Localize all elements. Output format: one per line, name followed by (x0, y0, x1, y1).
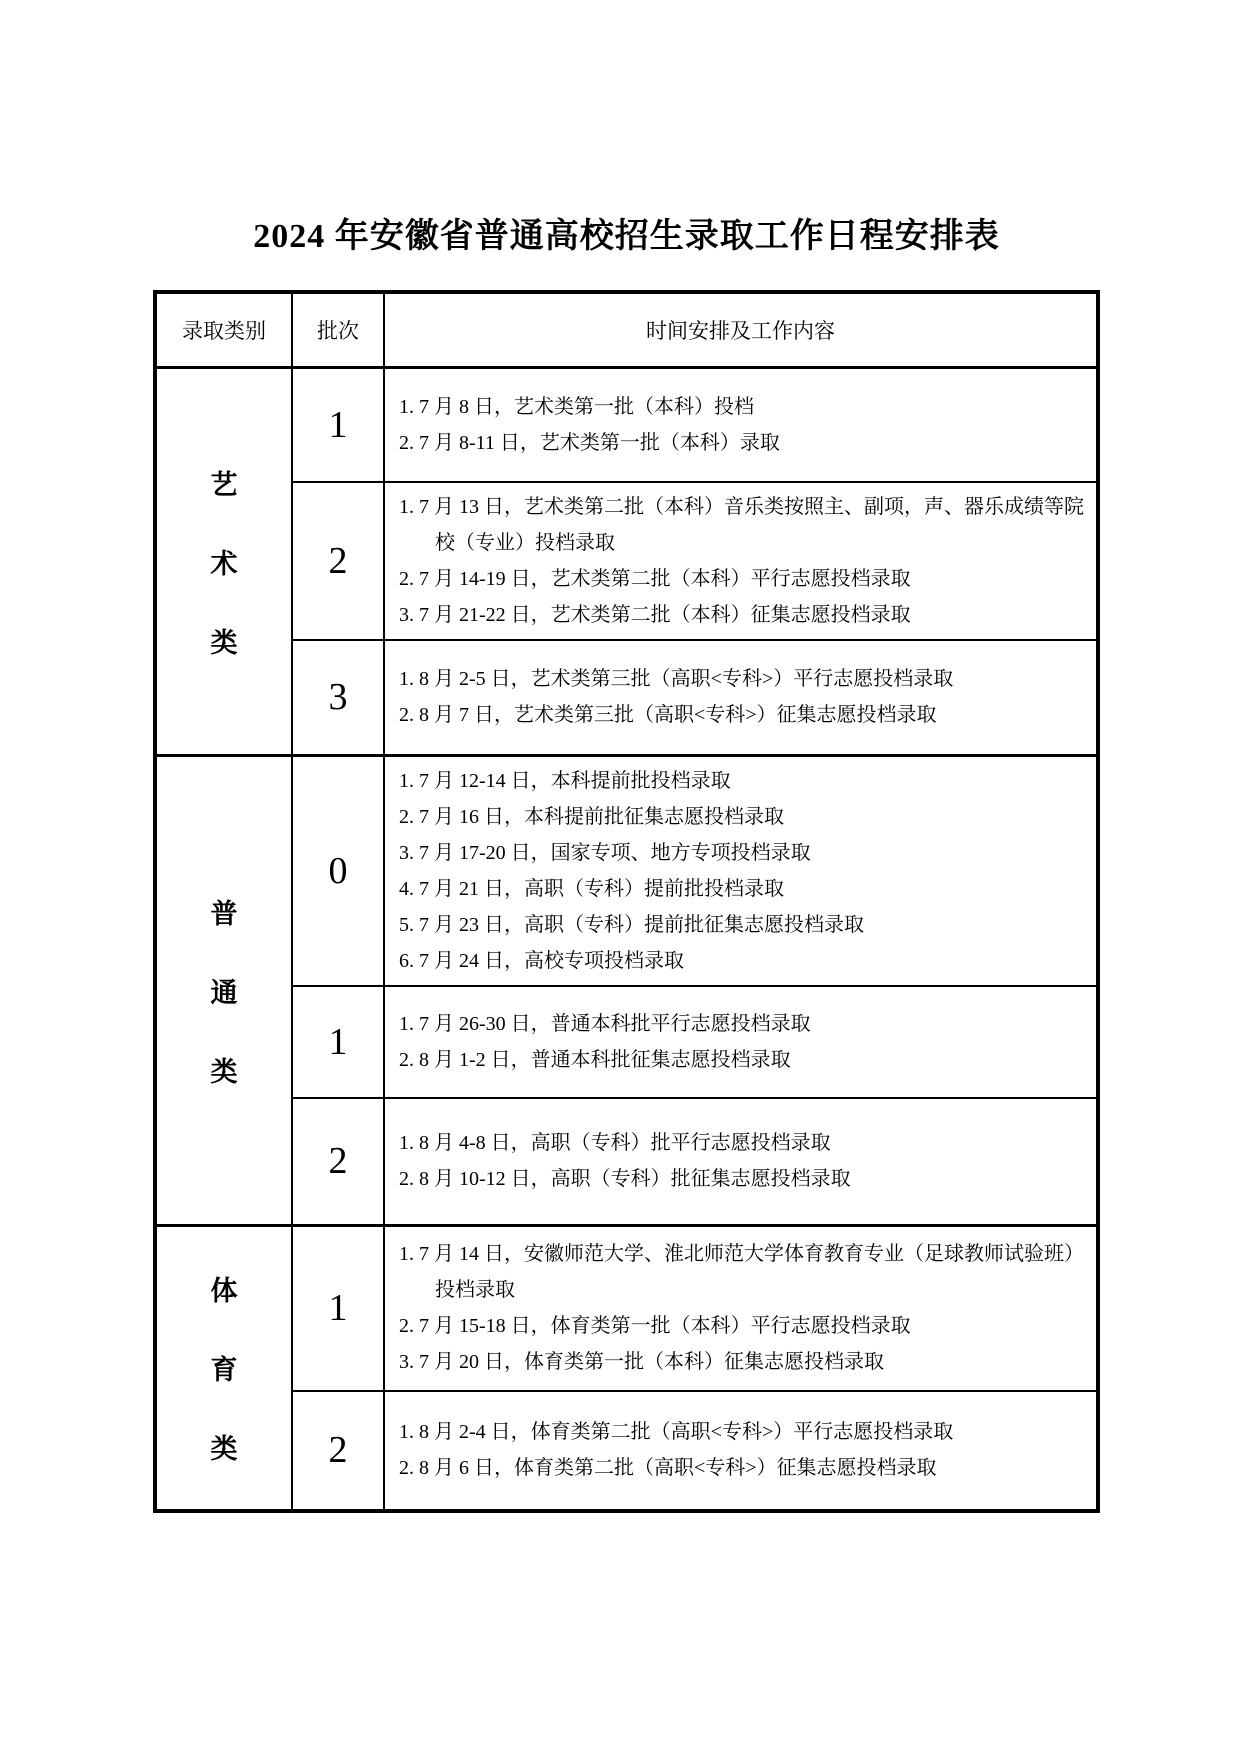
category-char: 类 (211, 1427, 238, 1466)
schedule-item: 4. 7 月 21 日，高职（专科）提前批投档录取 (399, 871, 1086, 907)
column-header-schedule: 时间安排及工作内容 (384, 292, 1098, 367)
category-cell-general: 普 通 类 (155, 755, 292, 1226)
schedule-item-list: 1. 7 月 8 日，艺术类第一批（本科）投档 2. 7 月 8-11 日，艺术… (385, 383, 1096, 467)
batch-number: 1 (292, 1226, 384, 1391)
schedule-item: 2. 7 月 14-19 日，艺术类第二批（本科）平行志愿投档录取 (399, 561, 1086, 597)
table-row: 2 1. 8 月 2-4 日，体育类第二批（高职<专科>）平行志愿投档录取 2.… (155, 1391, 1098, 1511)
schedule-item: 1. 7 月 8 日，艺术类第一批（本科）投档 (399, 389, 1086, 425)
schedule-item: 1. 8 月 2-5 日，艺术类第三批（高职<专科>）平行志愿投档录取 (399, 661, 1086, 697)
schedule-cell: 1. 7 月 12-14 日，本科提前批投档录取 2. 7 月 16 日，本科提… (384, 755, 1098, 986)
category-char: 类 (211, 1050, 238, 1089)
category-label-art: 艺 术 类 (157, 463, 291, 660)
schedule-item: 2. 7 月 16 日，本科提前批征集志愿投档录取 (399, 799, 1086, 835)
schedule-cell: 1. 8 月 4-8 日，高职（专科）批平行志愿投档录取 2. 8 月 10-1… (384, 1098, 1098, 1226)
schedule-cell: 1. 7 月 13 日，艺术类第二批（本科）音乐类按照主、副项，声、器乐成绩等院… (384, 482, 1098, 640)
category-char: 体 (211, 1269, 238, 1308)
category-char: 通 (211, 971, 238, 1010)
category-label-general: 普 通 类 (157, 892, 291, 1089)
table-row: 体 育 类 1 1. 7 月 14 日，安徽师范大学、淮北师范大学体育教育专业（… (155, 1226, 1098, 1391)
category-char: 普 (211, 892, 238, 931)
table-row: 3 1. 8 月 2-5 日，艺术类第三批（高职<专科>）平行志愿投档录取 2.… (155, 640, 1098, 755)
table-row: 艺 术 类 1 1. 7 月 8 日，艺术类第一批（本科）投档 2. 7 月 8… (155, 367, 1098, 482)
category-label-sports: 体 育 类 (157, 1269, 291, 1466)
schedule-item: 1. 8 月 2-4 日，体育类第二批（高职<专科>）平行志愿投档录取 (399, 1414, 1086, 1450)
schedule-item: 3. 7 月 21-22 日，艺术类第二批（本科）征集志愿投档录取 (399, 597, 1086, 633)
schedule-item: 2. 7 月 15-18 日，体育类第一批（本科）平行志愿投档录取 (399, 1308, 1086, 1344)
schedule-item-list: 1. 8 月 4-8 日，高职（专科）批平行志愿投档录取 2. 8 月 10-1… (385, 1119, 1096, 1203)
schedule-item-list: 1. 7 月 14 日，安徽师范大学、淮北师范大学体育教育专业（足球教师试验班）… (385, 1230, 1096, 1386)
schedule-item: 2. 8 月 10-12 日，高职（专科）批征集志愿投档录取 (399, 1161, 1086, 1197)
category-cell-sports: 体 育 类 (155, 1226, 292, 1511)
table-row: 普 通 类 0 1. 7 月 12-14 日，本科提前批投档录取 2. 7 月 … (155, 755, 1098, 986)
schedule-item: 2. 8 月 1-2 日，普通本科批征集志愿投档录取 (399, 1042, 1086, 1078)
schedule-cell: 1. 8 月 2-5 日，艺术类第三批（高职<专科>）平行志愿投档录取 2. 8… (384, 640, 1098, 755)
batch-number: 1 (292, 986, 384, 1098)
category-char: 艺 (211, 463, 238, 502)
table-row: 2 1. 8 月 4-8 日，高职（专科）批平行志愿投档录取 2. 8 月 10… (155, 1098, 1098, 1226)
category-char: 育 (211, 1348, 238, 1387)
category-cell-art: 艺 术 类 (155, 367, 292, 755)
batch-number: 0 (292, 755, 384, 986)
page: 2024 年安徽省普通高校招生录取工作日程安排表 录取类别 批次 时间安排及工作… (0, 0, 1241, 1755)
batch-number: 2 (292, 482, 384, 640)
schedule-item: 6. 7 月 24 日，高校专项投档录取 (399, 943, 1086, 979)
schedule-item: 1. 7 月 14 日，安徽师范大学、淮北师范大学体育教育专业（足球教师试验班）… (399, 1236, 1086, 1308)
schedule-item-list: 1. 8 月 2-5 日，艺术类第三批（高职<专科>）平行志愿投档录取 2. 8… (385, 655, 1096, 739)
batch-number: 2 (292, 1391, 384, 1511)
document-title: 2024 年安徽省普通高校招生录取工作日程安排表 (153, 208, 1100, 257)
schedule-item: 2. 8 月 7 日，艺术类第三批（高职<专科>）征集志愿投档录取 (399, 697, 1086, 733)
table-header-row: 录取类别 批次 时间安排及工作内容 (155, 292, 1098, 367)
batch-number: 2 (292, 1098, 384, 1226)
schedule-item: 1. 7 月 12-14 日，本科提前批投档录取 (399, 763, 1086, 799)
schedule-item-list: 1. 7 月 12-14 日，本科提前批投档录取 2. 7 月 16 日，本科提… (385, 757, 1096, 985)
schedule-item: 3. 7 月 20 日，体育类第一批（本科）征集志愿投档录取 (399, 1344, 1086, 1380)
schedule-item-list: 1. 8 月 2-4 日，体育类第二批（高职<专科>）平行志愿投档录取 2. 8… (385, 1408, 1096, 1492)
schedule-cell: 1. 7 月 8 日，艺术类第一批（本科）投档 2. 7 月 8-11 日，艺术… (384, 367, 1098, 482)
category-char: 术 (211, 542, 238, 581)
column-header-category: 录取类别 (155, 292, 292, 367)
table-row: 2 1. 7 月 13 日，艺术类第二批（本科）音乐类按照主、副项，声、器乐成绩… (155, 482, 1098, 640)
schedule-item: 1. 8 月 4-8 日，高职（专科）批平行志愿投档录取 (399, 1125, 1086, 1161)
schedule-cell: 1. 8 月 2-4 日，体育类第二批（高职<专科>）平行志愿投档录取 2. 8… (384, 1391, 1098, 1511)
schedule-item: 2. 7 月 8-11 日，艺术类第一批（本科）录取 (399, 425, 1086, 461)
schedule-table: 录取类别 批次 时间安排及工作内容 艺 术 类 1 1. 7 月 8 日， (153, 290, 1100, 1513)
batch-number: 1 (292, 367, 384, 482)
schedule-item: 2. 8 月 6 日，体育类第二批（高职<专科>）征集志愿投档录取 (399, 1450, 1086, 1486)
schedule-item: 5. 7 月 23 日，高职（专科）提前批征集志愿投档录取 (399, 907, 1086, 943)
schedule-item: 1. 7 月 26-30 日，普通本科批平行志愿投档录取 (399, 1006, 1086, 1042)
schedule-item-list: 1. 7 月 13 日，艺术类第二批（本科）音乐类按照主、副项，声、器乐成绩等院… (385, 483, 1096, 639)
schedule-item: 1. 7 月 13 日，艺术类第二批（本科）音乐类按照主、副项，声、器乐成绩等院… (399, 489, 1086, 561)
schedule-item: 3. 7 月 17-20 日，国家专项、地方专项投档录取 (399, 835, 1086, 871)
table-row: 1 1. 7 月 26-30 日，普通本科批平行志愿投档录取 2. 8 月 1-… (155, 986, 1098, 1098)
batch-number: 3 (292, 640, 384, 755)
column-header-batch: 批次 (292, 292, 384, 367)
schedule-cell: 1. 7 月 26-30 日，普通本科批平行志愿投档录取 2. 8 月 1-2 … (384, 986, 1098, 1098)
schedule-cell: 1. 7 月 14 日，安徽师范大学、淮北师范大学体育教育专业（足球教师试验班）… (384, 1226, 1098, 1391)
category-char: 类 (211, 621, 238, 660)
schedule-item-list: 1. 7 月 26-30 日，普通本科批平行志愿投档录取 2. 8 月 1-2 … (385, 1000, 1096, 1084)
